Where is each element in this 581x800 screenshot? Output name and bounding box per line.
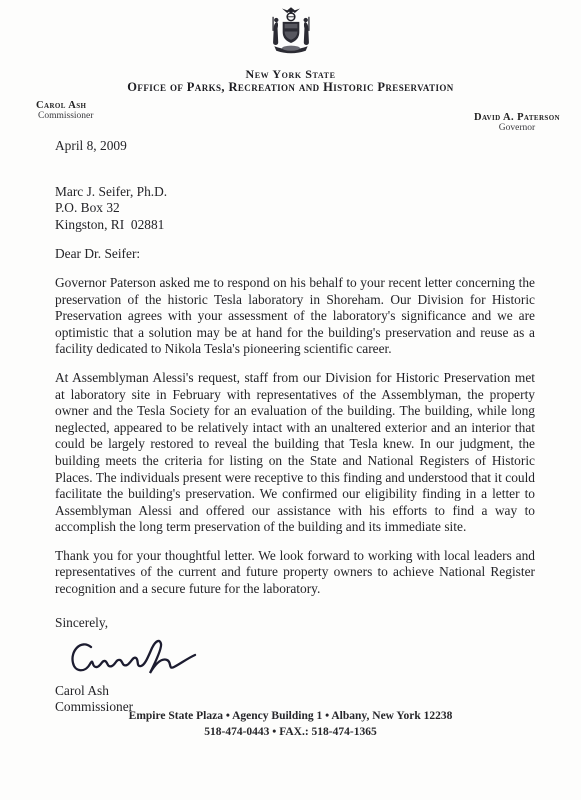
signature-name: Carol Ash	[55, 683, 535, 699]
recipient-po-box: P.O. Box 32	[55, 200, 535, 217]
paragraph-3: Thank you for your thoughtful letter. We…	[55, 548, 535, 598]
scanned-letter-page: New York State Office of Parks, Recreati…	[0, 0, 581, 800]
letter-date: April 8, 2009	[55, 138, 535, 155]
ny-state-seal-icon	[259, 5, 323, 67]
commissioner-title: Commissioner	[36, 111, 93, 121]
footer-phone: 518-474-0443 • FAX.: 518-474-1365	[0, 724, 581, 740]
salutation: Dear Dr. Seifer:	[55, 246, 535, 263]
recipient-name: Marc J. Seifer, Ph.D.	[55, 184, 535, 201]
commissioner-name: Carol Ash	[36, 100, 93, 111]
paragraph-2: At Assemblyman Alessi's request, staff f…	[55, 370, 535, 536]
governor-block: David A. Paterson Governor	[474, 112, 560, 133]
letterhead-office: Office of Parks, Recreation and Historic…	[0, 80, 581, 95]
commissioner-block: Carol Ash Commissioner	[36, 100, 93, 121]
signature-carol-ash	[67, 635, 199, 681]
closing: Sincerely,	[55, 615, 535, 632]
governor-title: Governor	[474, 123, 560, 133]
footer: Empire State Plaza • Agency Building 1 •…	[0, 708, 581, 740]
governor-name: David A. Paterson	[474, 112, 560, 123]
recipient-city-state-zip: Kingston, RI 02881	[55, 217, 535, 234]
footer-address: Empire State Plaza • Agency Building 1 •…	[0, 708, 581, 724]
paragraph-1: Governor Paterson asked me to respond on…	[55, 275, 535, 358]
letter-body: April 8, 2009 Marc J. Seifer, Ph.D. P.O.…	[55, 138, 535, 715]
recipient-address: Marc J. Seifer, Ph.D. P.O. Box 32 Kingst…	[55, 184, 535, 234]
